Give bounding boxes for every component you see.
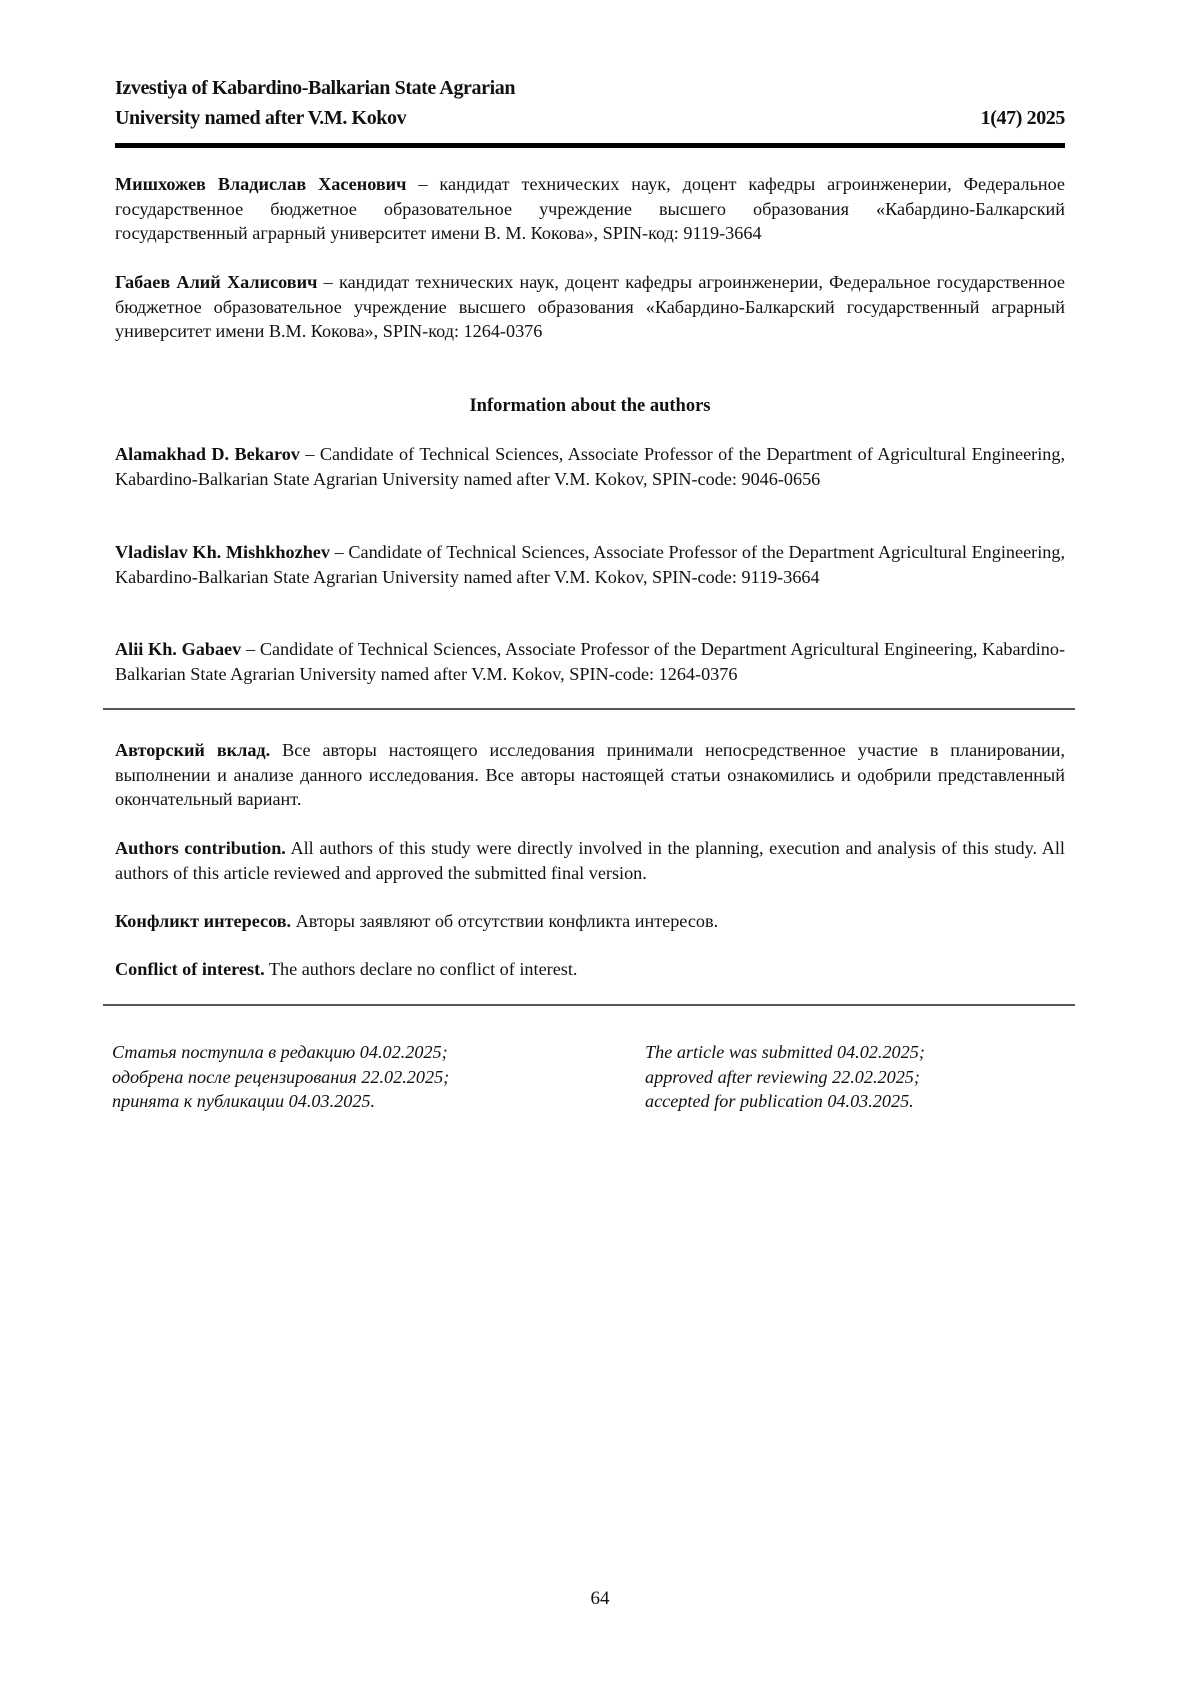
date-line: одобрена после рецензирования 22.02.2025…	[112, 1065, 582, 1090]
header-rule	[115, 143, 1065, 148]
author-en-2-name: Vladislav Kh. Mishkhozhev	[115, 542, 330, 562]
author-ru-2-name: Габаев Алий Халисович	[115, 272, 317, 292]
page-number: 64	[0, 1588, 1200, 1610]
page: Izvestiya of Kabardino-Balkarian State A…	[0, 0, 1200, 1697]
statement-conflict-ru: Конфликт интересов. Авторы заявляют об о…	[115, 909, 1065, 934]
statement-text: The authors declare no conflict of inter…	[265, 959, 578, 979]
statement-conflict-en: Conflict of interest. The authors declar…	[115, 957, 1065, 982]
section-title: Information about the authors	[115, 394, 1065, 418]
author-ru-1-name: Мишхожев Владислав Хасенович	[115, 174, 406, 194]
date-line: accepted for publication 04.03.2025.	[645, 1089, 1075, 1114]
date-line: Статья поступила в редакцию 04.02.2025;	[112, 1040, 582, 1065]
author-en-3-name: Alii Kh. Gabaev	[115, 639, 241, 659]
statement-label: Conflict of interest.	[115, 959, 265, 979]
dates-english: The article was submitted 04.02.2025; ap…	[645, 1040, 1075, 1114]
author-en-3-description: – Candidate of Technical Sciences, Assoc…	[115, 639, 1065, 684]
statement-label: Конфликт интересов.	[115, 911, 291, 931]
divider-rule	[103, 1004, 1075, 1006]
author-ru-2: Габаев Алий Халисович – кандидат техниче…	[115, 270, 1065, 344]
running-header: Izvestiya of Kabardino-Balkarian State A…	[115, 73, 1065, 133]
statement-label: Authors contribution.	[115, 838, 286, 858]
statement-contribution-ru: Авторский вклад. Все авторы настоящего и…	[115, 738, 1065, 812]
statement-contribution-en: Authors contribution. All authors of thi…	[115, 836, 1065, 885]
date-line: approved after reviewing 22.02.2025;	[645, 1065, 1075, 1090]
dates-russian: Статья поступила в редакцию 04.02.2025; …	[112, 1040, 582, 1114]
statement-label: Авторский вклад.	[115, 740, 270, 760]
journal-title-line2: University named after V.M. Kokov	[115, 103, 406, 133]
author-en-2: Vladislav Kh. Mishkhozhev – Candidate of…	[115, 540, 1065, 589]
date-line: The article was submitted 04.02.2025;	[645, 1040, 1075, 1065]
date-line: принята к публикации 04.03.2025.	[112, 1089, 582, 1114]
statement-text: Авторы заявляют об отсутствии конфликта …	[291, 911, 718, 931]
author-en-1: Alamakhad D. Bekarov – Candidate of Tech…	[115, 442, 1065, 491]
author-en-1-name: Alamakhad D. Bekarov	[115, 444, 300, 464]
divider-rule	[103, 708, 1075, 710]
author-en-3: Alii Kh. Gabaev – Candidate of Technical…	[115, 637, 1065, 686]
issue-number: 1(47) 2025	[981, 103, 1065, 133]
author-ru-1: Мишхожев Владислав Хасенович – кандидат …	[115, 172, 1065, 246]
journal-title-line2-row: University named after V.M. Kokov 1(47) …	[115, 103, 1065, 133]
journal-title-line1: Izvestiya of Kabardino-Balkarian State A…	[115, 73, 1065, 103]
